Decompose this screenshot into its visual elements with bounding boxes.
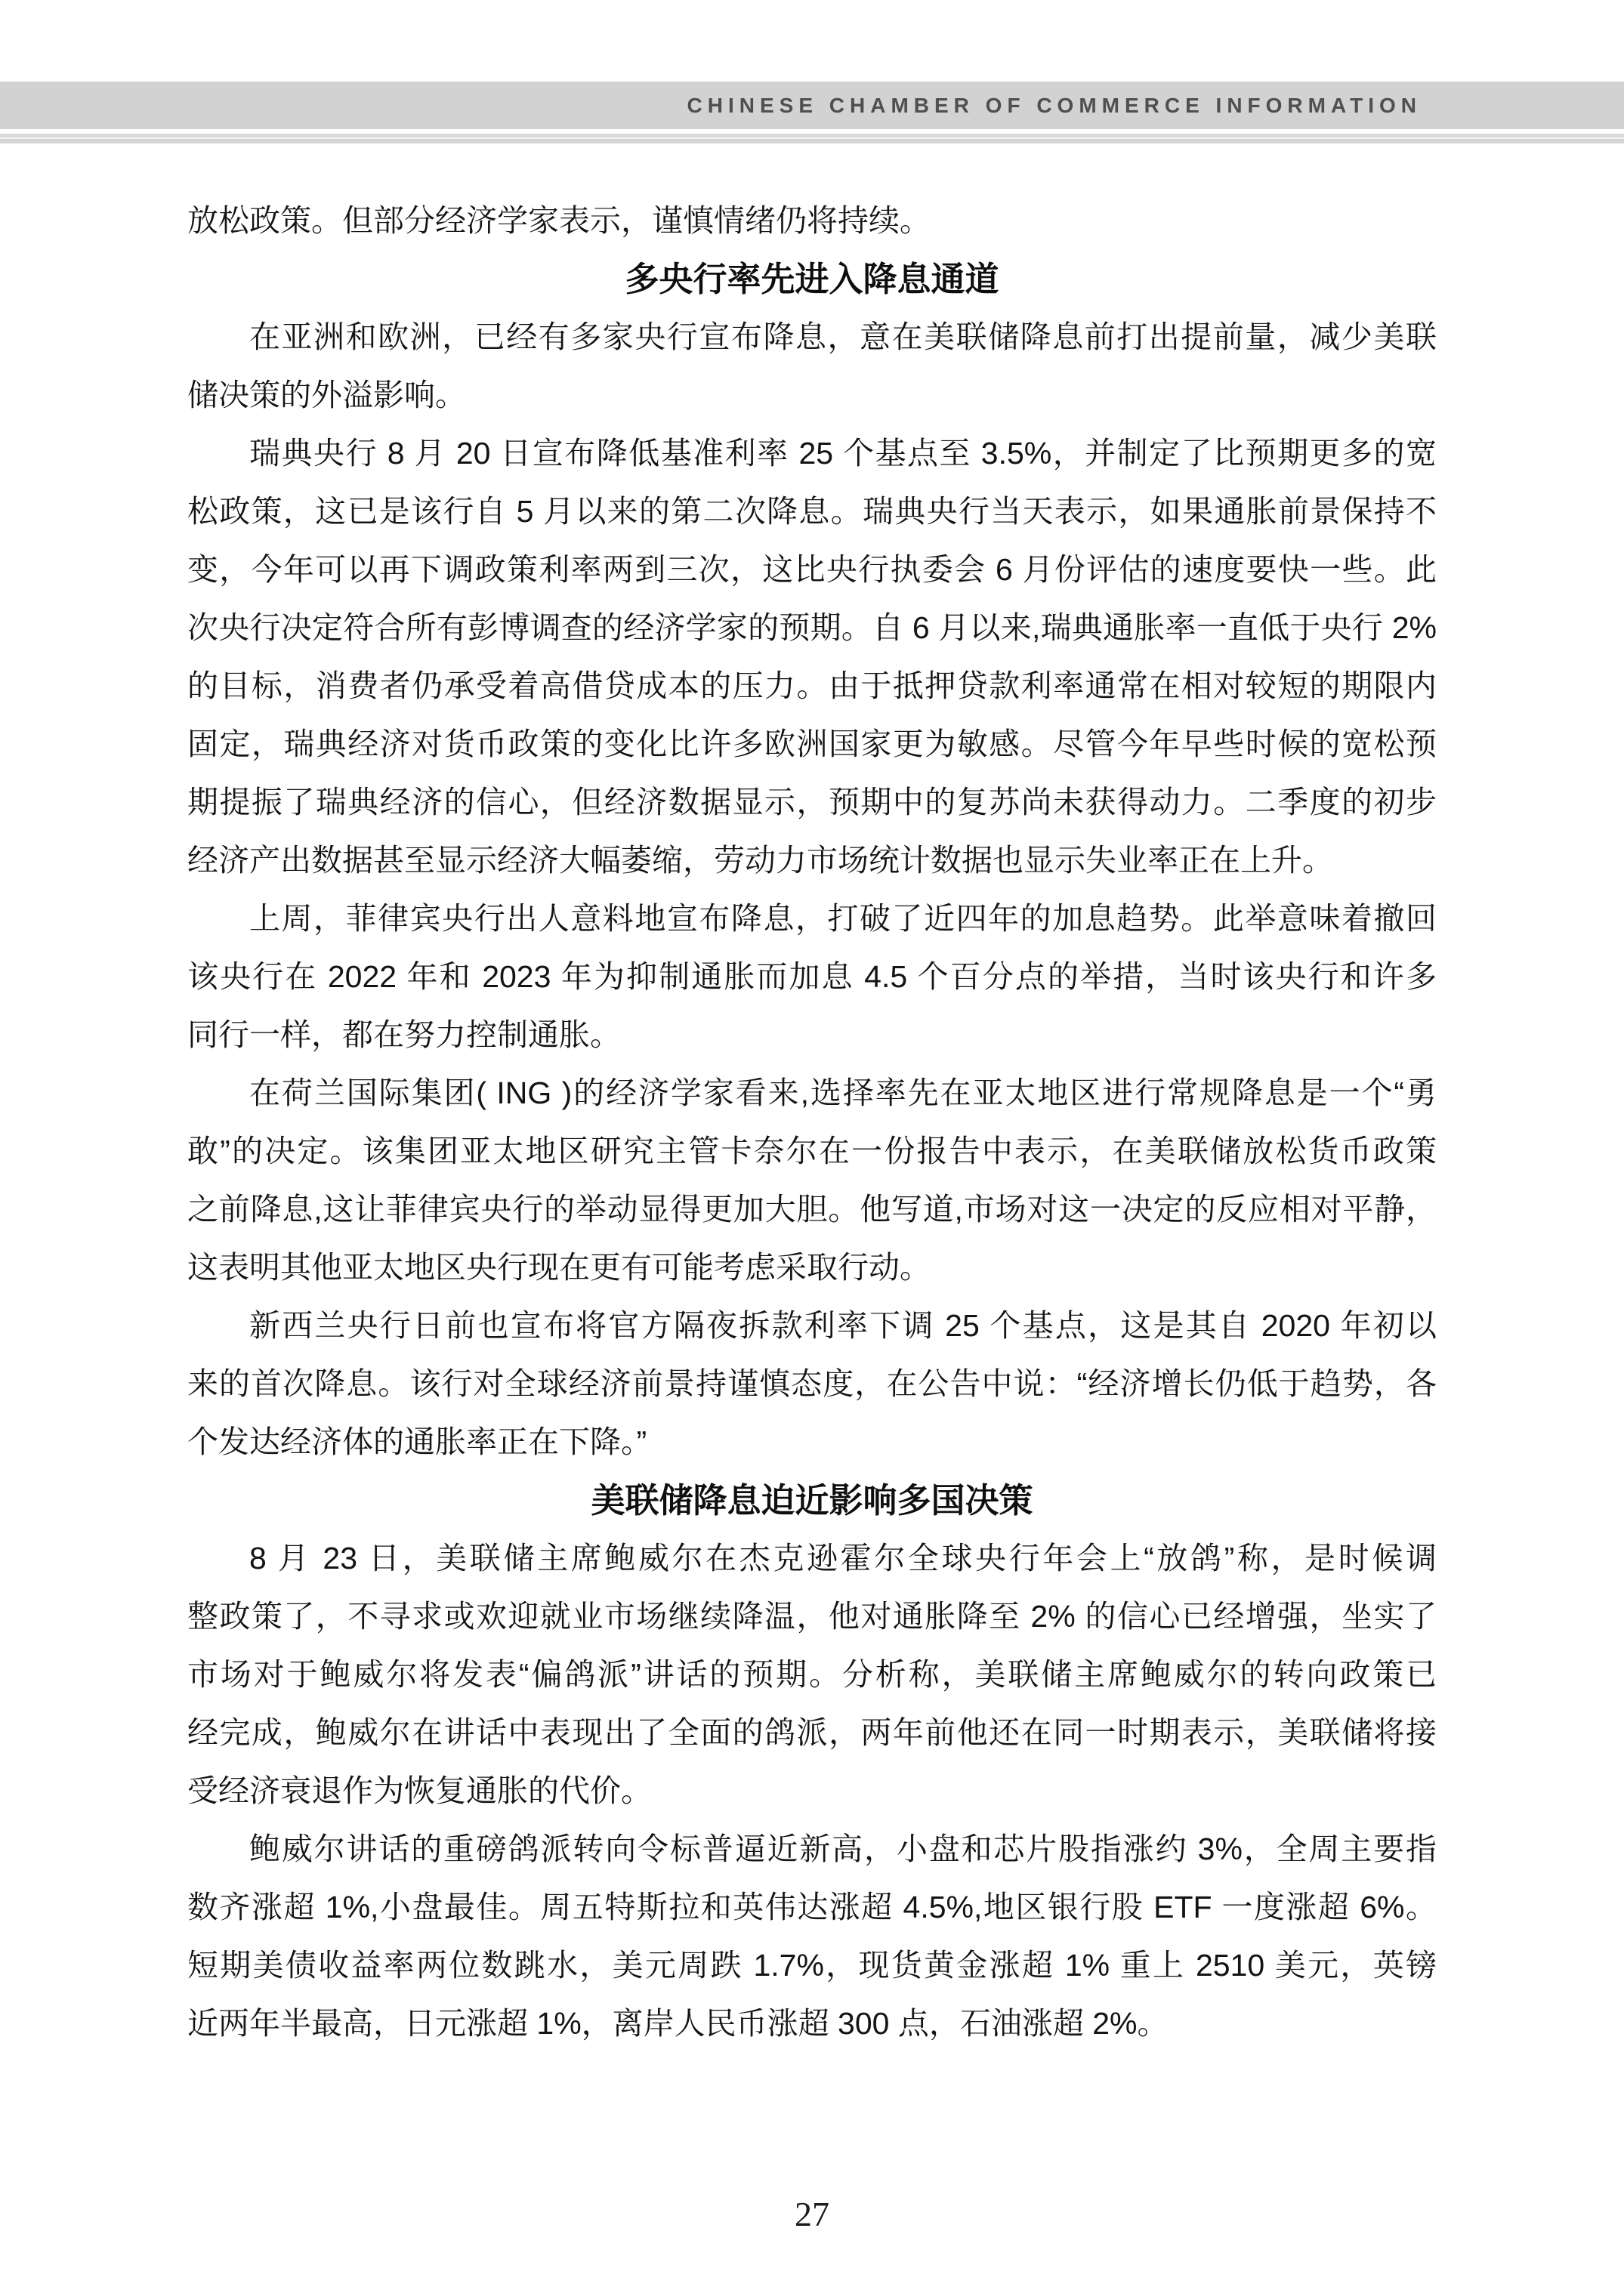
text-line: 近两年半最高，日元涨超 1%，离岸人民币涨超 300 点，石油涨超 2%。: [187, 1995, 1437, 2053]
page-footer: 27: [0, 2185, 1624, 2243]
text-line: 这表明其他亚太地区央行现在更有可能考虑采取行动。: [187, 1239, 1437, 1297]
text-line: 次央行决定符合所有彭博调查的经济学家的预期。自 6 月以来,瑞典通胀率一直低于央…: [187, 599, 1437, 657]
header-band: CHINESE CHAMBER OF COMMERCE INFORMATION: [0, 82, 1624, 129]
text-line: 瑞典央行 8 月 20 日宣布降低基准利率 25 个基点至 3.5%，并制定了比…: [187, 424, 1437, 483]
text-line: 数齐涨超 1%,小盘最佳。周五特斯拉和英伟达涨超 4.5%,地区银行股 ETF …: [187, 1878, 1437, 1937]
text-line: 经济产出数据甚至显示经济大幅萎缩，劳动力市场统计数据也显示失业率正在上升。: [187, 832, 1437, 890]
page-number: 27: [795, 2195, 829, 2233]
section-heading: 多央行率先进入降息通道: [187, 250, 1437, 308]
text-line: 市场对于鲍威尔将发表“偏鸽派”讲话的预期。分析称，美联储主席鲍威尔的转向政策已: [187, 1646, 1437, 1704]
text-line: 个发达经济体的通胀率正在下降。”: [187, 1413, 1437, 1471]
header-title: CHINESE CHAMBER OF COMMERCE INFORMATION: [687, 94, 1422, 118]
text-line: 在亚洲和欧洲，已经有多家央行宣布降息，意在美联储降息前打出提前量，减少美联: [187, 308, 1437, 366]
text-line: 储决策的外溢影响。: [187, 366, 1437, 424]
text-line: 短期美债收益率两位数跳水，美元周跌 1.7%，现货黄金涨超 1% 重上 2510…: [187, 1937, 1437, 1995]
text-line: 期提振了瑞典经济的信心，但经济数据显示，预期中的复苏尚未获得动力。二季度的初步: [187, 773, 1437, 832]
header-divider-strip: [0, 134, 1624, 144]
text-line: 敢”的决定。该集团亚太地区研究主管卡奈尔在一份报告中表示，在美联储放松货币政策: [187, 1122, 1437, 1180]
text-line: 变，今年可以再下调政策利率两到三次，这比央行执委会 6 月份评估的速度要快一些。…: [187, 541, 1437, 599]
text-line: 新西兰央行日前也宣布将官方隔夜拆款利率下调 25 个基点，这是其自 2020 年…: [187, 1297, 1437, 1355]
text-line: 受经济衰退作为恢复通胀的代价。: [187, 1762, 1437, 1820]
text-line: 松政策，这已是该行自 5 月以来的第二次降息。瑞典央行当天表示，如果通胀前景保持…: [187, 483, 1437, 541]
text-line: 上周，菲律宾央行出人意料地宣布降息，打破了近四年的加息趋势。此举意味着撤回: [187, 890, 1437, 948]
text-line: 来的首次降息。该行对全球经济前景持谨慎态度，在公告中说：“经济增长仍低于趋势，各: [187, 1355, 1437, 1413]
document-body: 放松政策。但部分经济学家表示，谨慎情绪仍将持续。多央行率先进入降息通道在亚洲和欧…: [187, 192, 1437, 2053]
text-line: 在荷兰国际集团( ING )的经济学家看来,选择率先在亚太地区进行常规降息是一个…: [187, 1064, 1437, 1122]
text-line: 放松政策。但部分经济学家表示，谨慎情绪仍将持续。: [187, 192, 1437, 250]
text-line: 8 月 23 日，美联储主席鲍威尔在杰克逊霍尔全球央行年会上“放鸽”称，是时候调: [187, 1529, 1437, 1588]
text-line: 之前降息,这让菲律宾央行的举动显得更加大胆。他写道,市场对这一决定的反应相对平静…: [187, 1180, 1437, 1239]
text-line: 固定，瑞典经济对货币政策的变化比许多欧洲国家更为敏感。尽管今年早些时候的宽松预: [187, 715, 1437, 773]
text-line: 整政策了，不寻求或欢迎就业市场继续降温，他对通胀降至 2% 的信心已经增强，坐实…: [187, 1588, 1437, 1646]
text-line: 经完成，鲍威尔在讲话中表现出了全面的鸽派，两年前他还在同一时期表示，美联储将接: [187, 1704, 1437, 1762]
text-line: 鲍威尔讲话的重磅鸽派转向令标普逼近新高，小盘和芯片股指涨约 3%，全周主要指: [187, 1820, 1437, 1878]
text-line: 该央行在 2022 年和 2023 年为抑制通胀而加息 4.5 个百分点的举措，…: [187, 948, 1437, 1006]
text-line: 同行一样，都在努力控制通胀。: [187, 1006, 1437, 1064]
text-line: 的目标，消费者仍承受着高借贷成本的压力。由于抵押贷款利率通常在相对较短的期限内: [187, 657, 1437, 715]
section-heading: 美联储降息迫近影响多国决策: [187, 1471, 1437, 1529]
